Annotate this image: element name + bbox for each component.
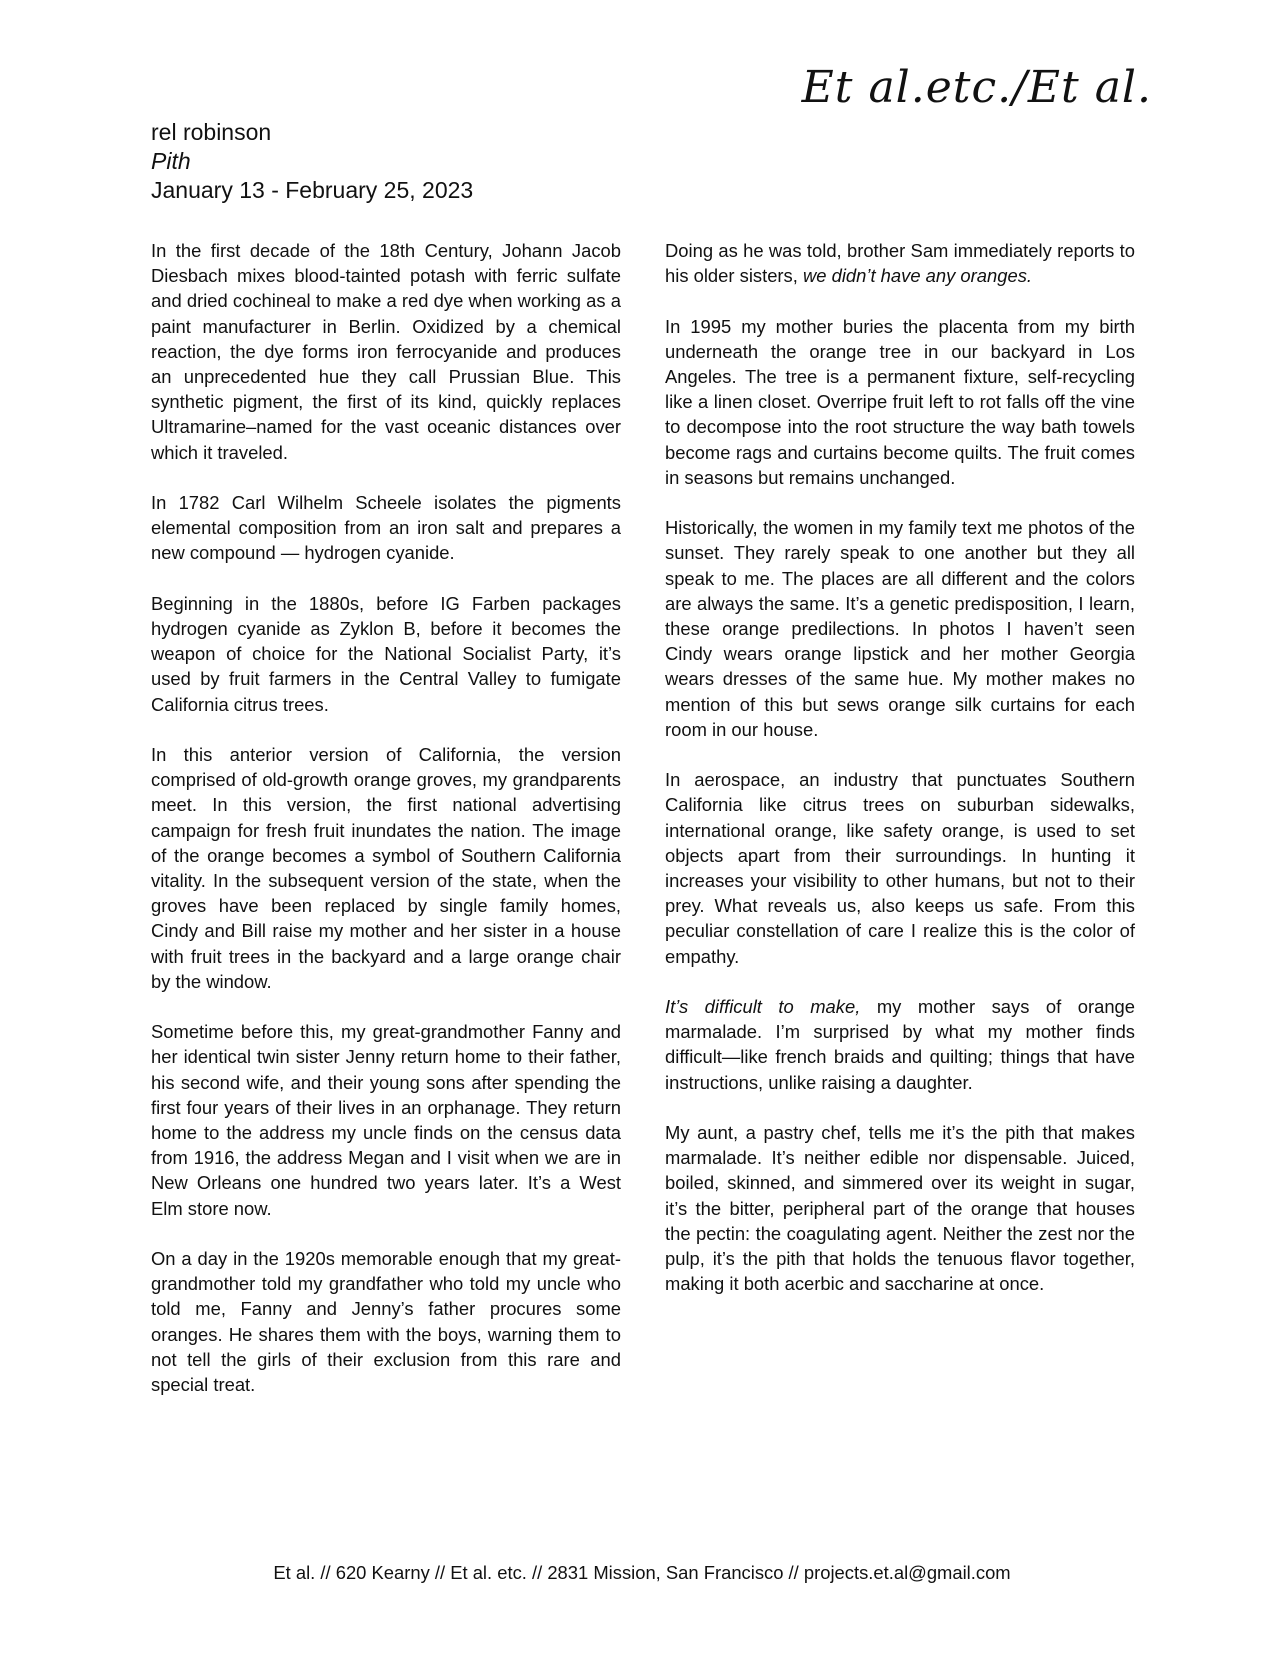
essay-body: In the first decade of the 18th Century,…	[151, 238, 1135, 1397]
quoted-speech: It’s difficult to make,	[665, 996, 860, 1017]
paragraph: In this anterior version of California, …	[151, 742, 621, 994]
paragraph: My aunt, a pastry chef, tells me it’s th…	[665, 1120, 1135, 1296]
artist-name: rel robinson	[151, 118, 473, 147]
left-column: In the first decade of the 18th Century,…	[151, 238, 621, 1397]
paragraph: It’s difficult to make, my mother says o…	[665, 994, 1135, 1095]
paragraph: In the first decade of the 18th Century,…	[151, 238, 621, 465]
gallery-logo: Et al.etc./Et al.	[802, 62, 1152, 113]
paragraph: In 1782 Carl Wilhelm Scheele isolates th…	[151, 490, 621, 566]
footer-contact: Et al. // 620 Kearny // Et al. etc. // 2…	[0, 1562, 1284, 1584]
quoted-speech: we didn’t have any oranges.	[803, 265, 1032, 286]
exhibition-title: Pith	[151, 147, 473, 176]
paragraph: On a day in the 1920s memorable enough t…	[151, 1246, 621, 1397]
paragraph: In 1995 my mother buries the placenta fr…	[665, 314, 1135, 490]
exhibition-header: rel robinson Pith January 13 - February …	[151, 118, 473, 205]
exhibition-dates: January 13 - February 25, 2023	[151, 176, 473, 205]
paragraph: Historically, the women in my family tex…	[665, 515, 1135, 742]
paragraph: Sometime before this, my great-grandmoth…	[151, 1019, 621, 1221]
paragraph: Beginning in the 1880s, before IG Farben…	[151, 591, 621, 717]
paragraph: Doing as he was told, brother Sam immedi…	[665, 238, 1135, 288]
paragraph: In aerospace, an industry that punctuate…	[665, 767, 1135, 969]
right-column: Doing as he was told, brother Sam immedi…	[665, 238, 1135, 1397]
